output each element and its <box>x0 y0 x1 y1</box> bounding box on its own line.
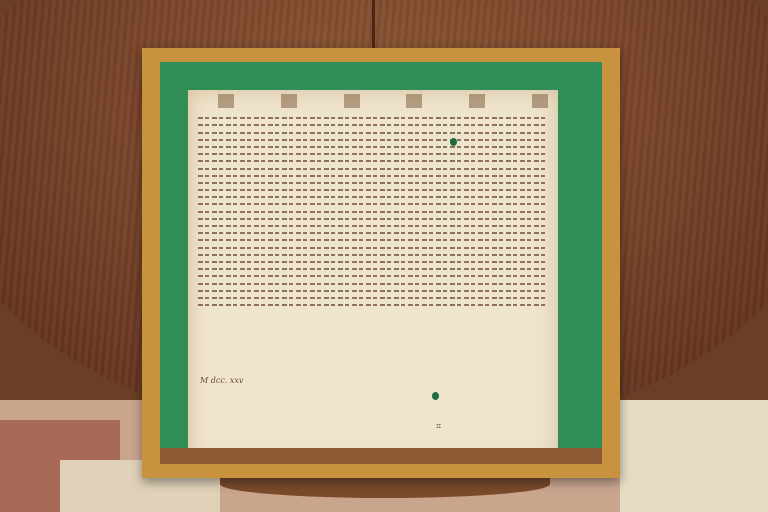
green-mat: M dcc. xxv ⌗ <box>160 62 602 456</box>
manuscript-text <box>198 112 548 311</box>
display-case-frame: M dcc. xxv ⌗ <box>142 48 620 478</box>
date-fragment: M dcc. xxv <box>200 376 243 385</box>
frame-bottom-rail <box>160 448 602 464</box>
seal-hole <box>432 392 439 400</box>
seal-hole <box>450 138 457 146</box>
notary-mark: ⌗ <box>436 422 441 432</box>
seal-tabs <box>218 94 548 108</box>
parchment-charter: M dcc. xxv ⌗ <box>188 90 558 462</box>
